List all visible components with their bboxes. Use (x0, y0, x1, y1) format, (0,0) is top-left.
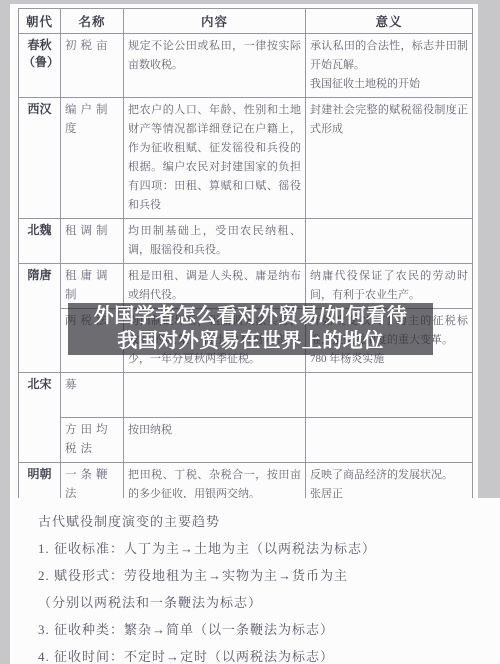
notes-section: 古代赋役制度演变的主要趋势 1. 征收标准：人丁为主→土地为主（以两税法为标志）… (38, 508, 492, 664)
note-item-1: 1. 征收标准：人丁为主→土地为主（以两税法为标志） (38, 535, 492, 562)
document-page-notes: 古代赋役制度演变的主要趋势 1. 征收标准：人丁为主→土地为主（以两税法为标志）… (10, 498, 500, 664)
name-cell: 租调制 (61, 219, 124, 264)
notes-title: 古代赋役制度演变的主要趋势 (38, 508, 492, 535)
col-header-name: 名称 (61, 9, 124, 34)
dynasty-cell: 春秋 （鲁） (19, 34, 61, 98)
dynasty-cell: 北魏 (19, 219, 61, 264)
significance-cell: 纳庸代役保证了农民的劳动时间，有利于农业生产。 (306, 264, 473, 309)
content-cell: 按田纳税 (124, 418, 306, 463)
dynasty-cell: 西汉 (19, 98, 61, 219)
col-header-dynasty: 朝代 (19, 9, 61, 34)
significance-cell (306, 373, 473, 418)
col-header-content: 内容 (124, 9, 306, 34)
content-cell: 均田制基础上，受田农民纳租、调，服徭役和兵役。 (124, 219, 306, 264)
document-page-table: 朝代 名称 内容 意义 春秋 （鲁） 初税亩 规定不论公田或私田，一律按实际亩数… (10, 4, 478, 498)
promo-overlay-banner[interactable]: 外国学者怎么看对外贸易/如何看待 我国对外贸易在世界上的地位 (68, 303, 433, 355)
note-item-3: 3. 征收种类：繁杂→简单（以一条鞭法为标志） (38, 616, 492, 643)
significance-cell: 封建社会完整的赋税徭役制度正式形成 (306, 98, 473, 219)
overlay-text-line1: 外国学者怎么看对外贸易/如何看待 (94, 304, 408, 329)
note-item-2: 2. 赋役形式：劳役地租为主→实物为主→货币为主 (38, 562, 492, 589)
table-row-xihan: 西汉 编户制度 把农户的人口、年龄、性别和土地财产等情况都详细登记在户籍上，作为… (19, 98, 473, 219)
content-cell: 规定不论公田或私田，一律按实际亩数收税。 (124, 34, 306, 98)
table-header-row: 朝代 名称 内容 意义 (19, 9, 473, 34)
name-cell: 租庸调制 (61, 264, 124, 309)
tax-system-table: 朝代 名称 内容 意义 春秋 （鲁） 初税亩 规定不论公田或私田，一律按实际亩数… (18, 8, 473, 572)
content-cell: 租是田租、调是人头税、庸是纳布或绢代役。 (124, 264, 306, 309)
dynasty-cell: 隋唐 (19, 264, 61, 373)
overlay-text-line2: 我国对外贸易在世界上的地位 (117, 329, 384, 354)
name-cell: 初税亩 (61, 34, 124, 98)
name-cell: 募 (61, 373, 124, 418)
name-cell: 方田均税法 (61, 418, 124, 463)
table-row-beiwei: 北魏 租调制 均田制基础上，受田农民纳租、调，服徭役和兵役。 (19, 219, 473, 264)
content-cell (124, 373, 306, 418)
col-header-significance: 意义 (306, 9, 473, 34)
note-item-2b: （分别以两税法和一条鞭法为标志） (38, 589, 492, 616)
table-row-suitang: 隋唐 租庸调制 租是田租、调是人头税、庸是纳布或绢代役。 纳庸代役保证了农民的劳… (19, 264, 473, 309)
table-row-fangtianjunshui: 方田均税法 按田纳税 (19, 418, 473, 463)
dynasty-cell: 北宋 (19, 373, 61, 463)
content-cell: 把农户的人口、年龄、性别和土地财产等情况都详细登记在户籍上，作为征收租赋、征发徭… (124, 98, 306, 219)
significance-cell (306, 219, 473, 264)
table-row-beisong: 北宋 募 (19, 373, 473, 418)
name-cell: 编户制度 (61, 98, 124, 219)
note-item-4: 4. 征收时间：不定时→定时（以两税法为标志） (38, 643, 492, 664)
significance-cell (306, 418, 473, 463)
significance-cell: 承认私田的合法性，标志井田制开始瓦解。 我国征收土地税的开始 (306, 34, 473, 98)
table-row-chunqiu: 春秋 （鲁） 初税亩 规定不论公田或私田，一律按实际亩数收税。 承认私田的合法性… (19, 34, 473, 98)
